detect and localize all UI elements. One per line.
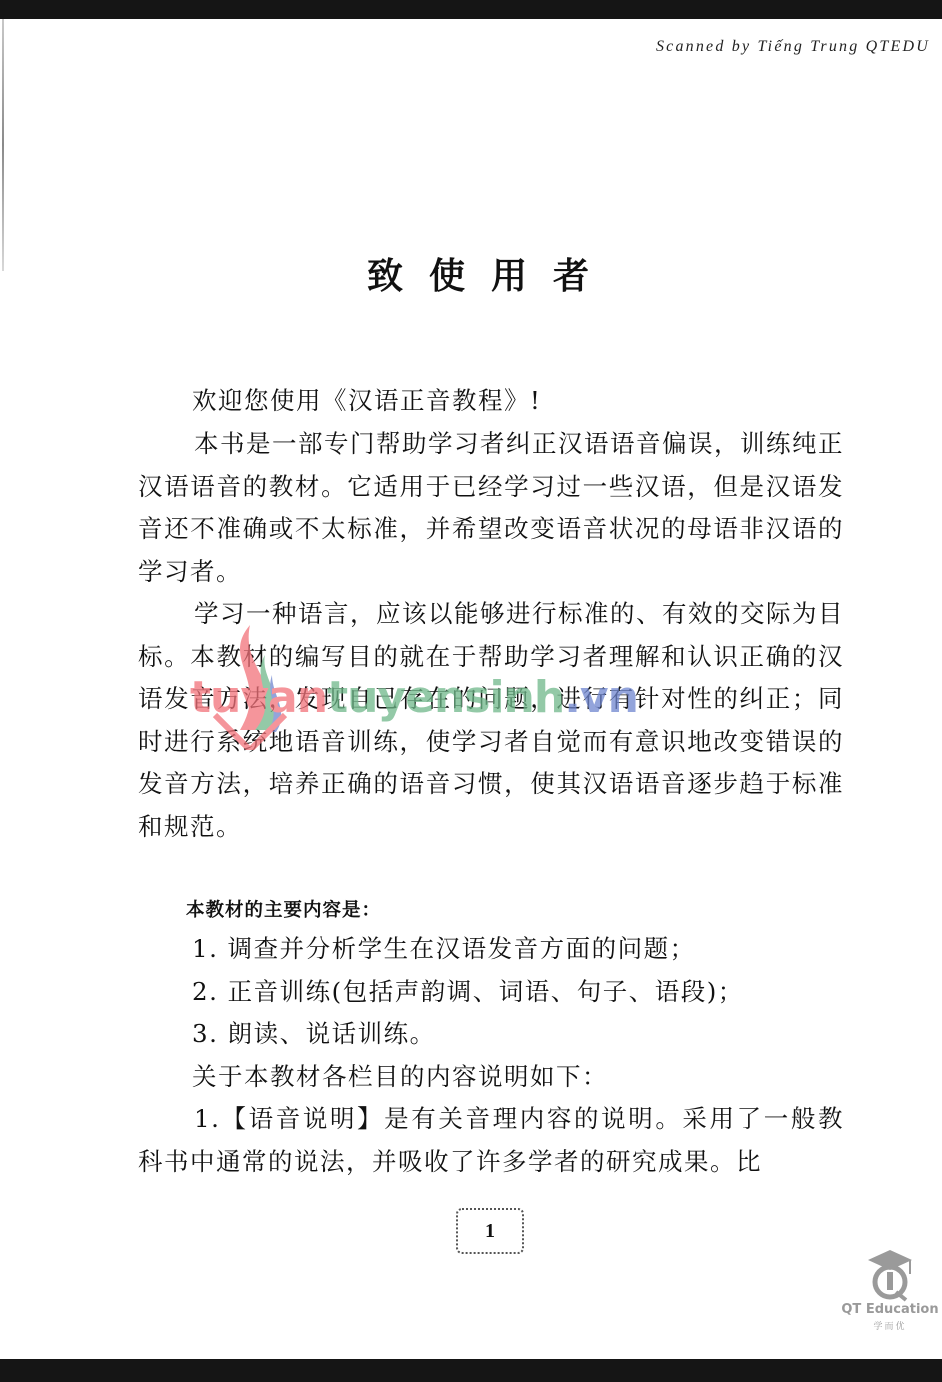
page-edge-line: [2, 19, 4, 271]
goal-paragraph: 学习一种语言，应该以能够进行标准的、有效的交际为目标。本教材的编写目的就在于帮助…: [138, 593, 844, 848]
viewer-top-bar: [0, 0, 942, 19]
list-item: 3. 朗读、说话训练。: [192, 1013, 744, 1056]
scan-credit: Scanned by Tiếng Trung QTEDU: [656, 38, 930, 56]
main-content-list: 1. 调查并分析学生在汉语发音方面的问题； 2. 正音训练(包括声韵调、词语、句…: [192, 928, 744, 1098]
list-item: 1. 调查并分析学生在汉语发音方面的问题；: [192, 928, 744, 971]
main-content-heading: 本教材的主要内容是：: [186, 896, 381, 922]
qt-education-logo: QT Education 学而优: [838, 1248, 942, 1334]
section-intro: 关于本教材各栏目的内容说明如下：: [192, 1056, 744, 1099]
page-number: 1: [456, 1208, 524, 1254]
logo-subtitle: 学而优: [838, 1319, 942, 1332]
section-item-1: 1.【语音说明】是有关音理内容的说明。采用了一般教科书中通常的说法，并吸收了许多…: [138, 1098, 844, 1183]
page-title: 致使用者: [0, 248, 942, 299]
logo-name: QT Education: [838, 1302, 942, 1317]
list-item: 2. 正音训练(包括声韵调、词语、句子、语段)；: [192, 971, 744, 1014]
intro-paragraph: 本书是一部专门帮助学习者纠正汉语语音偏误，训练纯正汉语语音的教材。它适用于已经学…: [138, 423, 844, 593]
viewer-bottom-bar: [0, 1359, 942, 1382]
welcome-paragraph: 欢迎您使用《汉语正音教程》!: [192, 380, 844, 423]
page-number-label: 1: [485, 1220, 495, 1243]
graduation-cap-icon: [838, 1248, 942, 1302]
